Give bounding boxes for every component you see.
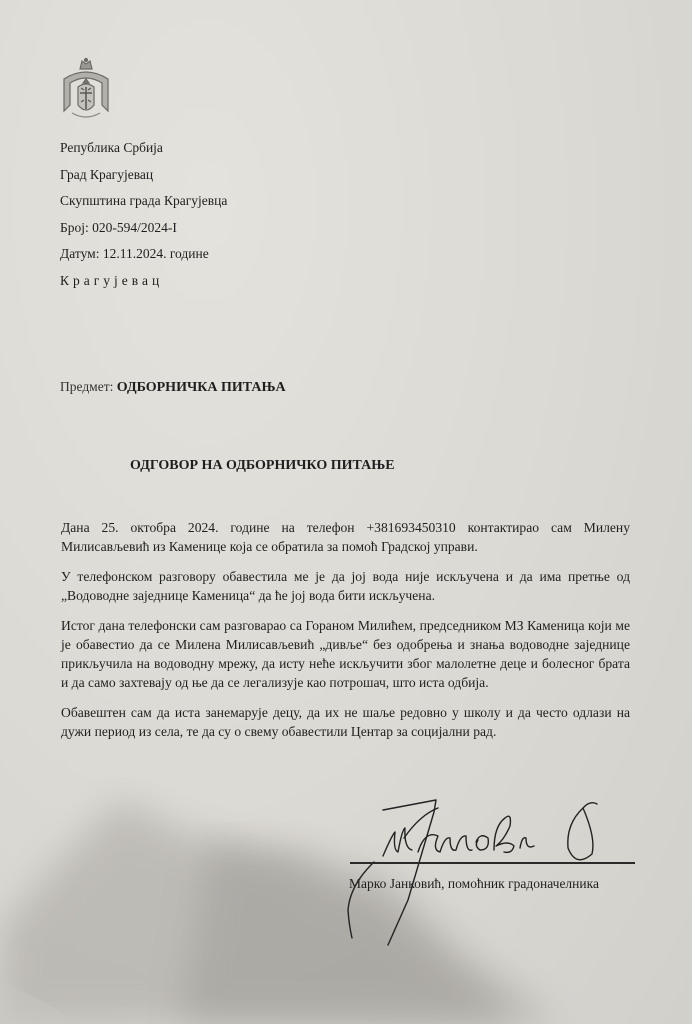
header-place: Крагујевац	[60, 268, 227, 295]
paragraph: Дана 25. октобра 2024. године на телефон…	[61, 518, 630, 556]
document-body: Дана 25. октобра 2024. године на телефон…	[61, 518, 630, 752]
signature-line	[350, 862, 635, 864]
letterhead: Република Србија Град Крагујевац Скупшти…	[60, 135, 227, 294]
header-institution: Скупштина града Крагујевца	[60, 188, 227, 215]
document-page: Република Србија Град Крагујевац Скупшти…	[0, 0, 692, 1024]
signatory-name: Марко Јанковић, помоћник градоначелника	[349, 876, 599, 892]
paragraph: У телефонском разговору обавестила ме је…	[61, 567, 630, 605]
header-country: Република Србија	[60, 135, 227, 162]
paragraph: Истог дана телефонски сам разговарао са …	[61, 616, 630, 692]
subject-value: ОДБОРНИЧКА ПИТАЊА	[117, 380, 286, 395]
paragraph: Обавештен сам да иста занемарује децу, д…	[61, 703, 630, 741]
serbian-coat-of-arms-icon	[58, 57, 114, 123]
document-title: ОДГОВОР НА ОДБОРНИЧКО ПИТАЊЕ	[0, 458, 692, 474]
subject-label: Предмет:	[60, 379, 113, 394]
header-city: Град Крагујевац	[60, 162, 227, 189]
subject-line: Предмет: ОДБОРНИЧКА ПИТАЊА	[60, 379, 286, 396]
header-reference-number: Број: 020-594/2024-I	[60, 215, 227, 242]
header-date: Датум: 12.11.2024. године	[60, 241, 227, 268]
